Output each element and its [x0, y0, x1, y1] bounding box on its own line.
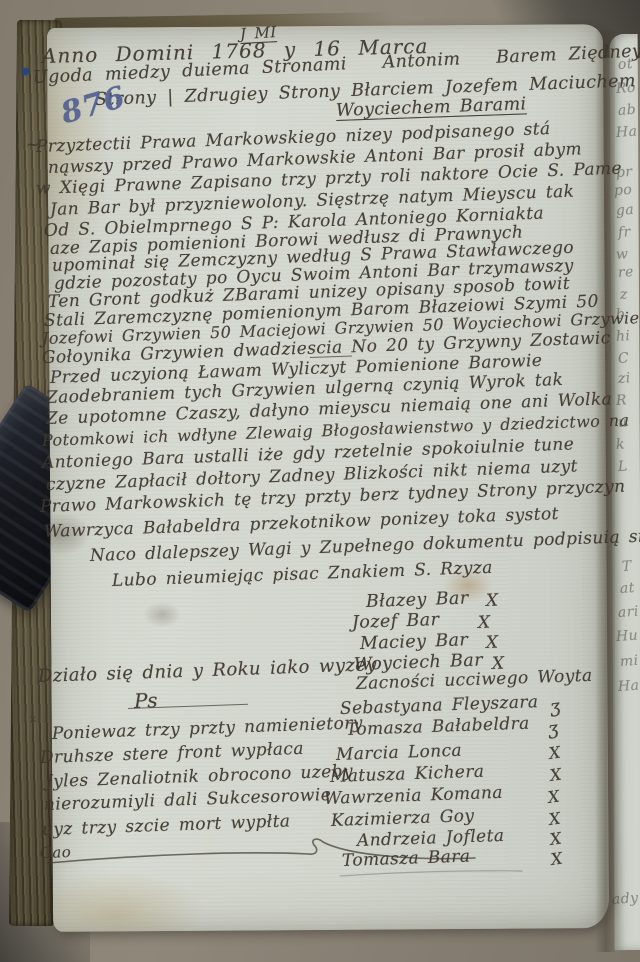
facing-page-fragment: pr: [616, 165, 633, 180]
witness-name: Andrzeia Jofleta: [357, 828, 505, 850]
note-line: nierozumiyli dali Sukcesorowie: [44, 787, 332, 814]
facing-page-fragment: ady: [612, 891, 639, 907]
note-line: Gao: [40, 845, 72, 861]
facing-page-fragment: C: [618, 351, 630, 366]
body-line: Lubo nieumiejąc pisac Znakiem S. Rzyza: [112, 560, 493, 590]
facing-page-fragment: hi: [616, 329, 631, 344]
signature-cross: X: [486, 635, 499, 652]
closing-line-left: Działo się dnia y Roku iako wyzey: [38, 656, 377, 686]
facing-page-fragment: ari: [618, 605, 640, 620]
witness-mark: ʒ: [547, 720, 560, 739]
facing-page-fragment: Ro: [616, 81, 637, 96]
facing-page-fragment: po: [614, 183, 633, 198]
facing-page-fragment: z: [620, 287, 629, 302]
facing-page-fragment: u: [618, 415, 628, 430]
facing-page-fragment: ot: [618, 57, 634, 72]
facing-page-fragment: Ha: [616, 125, 638, 140]
facing-page-fragment: b: [616, 307, 626, 322]
signature-cross: X: [486, 593, 499, 610]
witness-name: Tomasza Bałabeldra: [346, 716, 530, 739]
facing-page-fragment: at: [620, 581, 636, 596]
signature-jozef-bar: Jozef Bar: [352, 612, 440, 633]
facing-page-fragment: Hu: [616, 628, 639, 644]
witness-mark: X: [548, 810, 562, 827]
facing-page-fragment: k: [616, 437, 626, 452]
facing-page-fragment: R: [616, 393, 628, 408]
facing-page-fragment: ab: [618, 103, 637, 118]
witness-name: Marcia Lonca: [336, 743, 463, 764]
witness-mark: X: [550, 850, 564, 867]
signature-blazey-bar: Błazey Bar: [366, 590, 469, 611]
witness-mark: X: [549, 830, 563, 847]
witness-name: Tomasza Bara: [342, 849, 471, 870]
note-line: uyz trzy szcie mort wypłta: [42, 813, 291, 839]
page-number-blue: 876: [58, 82, 129, 129]
facing-page-fragment: ga: [616, 203, 635, 218]
facing-page-fragment: zi: [618, 371, 632, 386]
facing-page-fragment: T: [622, 559, 633, 574]
facing-page-fragment: fr: [618, 225, 632, 240]
photo-scene: J MIAnno Domini 1768 y 16 MarcaUgoda mie…: [0, 0, 640, 962]
left-margin-x: x: [30, 713, 37, 724]
facing-page-fragment: re: [618, 265, 635, 280]
witness-mark: X: [548, 744, 562, 761]
witness-name: Matusza Kichera: [330, 764, 485, 786]
note-line: Poniewaz trzy przty namienietory: [52, 715, 363, 743]
facing-page-fragment: w: [616, 247, 629, 262]
facing-page-fragment: Ha: [618, 679, 640, 694]
witness-name: Wawrzenia Komana: [324, 785, 503, 808]
handwriting-layer: J MIAnno Domini 1768 y 16 MarcaUgoda mie…: [0, 0, 640, 962]
note-line: Druhsze stere front wypłaca: [40, 741, 304, 767]
witness-mark: X: [549, 766, 563, 783]
facing-page-fragment: mi: [620, 654, 639, 669]
witness-mark: ʒ: [549, 698, 562, 717]
witness-mark: X: [547, 788, 561, 805]
signature-maciey-bar: Maciey Bar: [360, 632, 469, 653]
facing-page-fragment: L: [618, 459, 629, 474]
signature-cross: X: [478, 615, 491, 632]
title-line-3: Woyciechem Barami: [336, 96, 527, 120]
